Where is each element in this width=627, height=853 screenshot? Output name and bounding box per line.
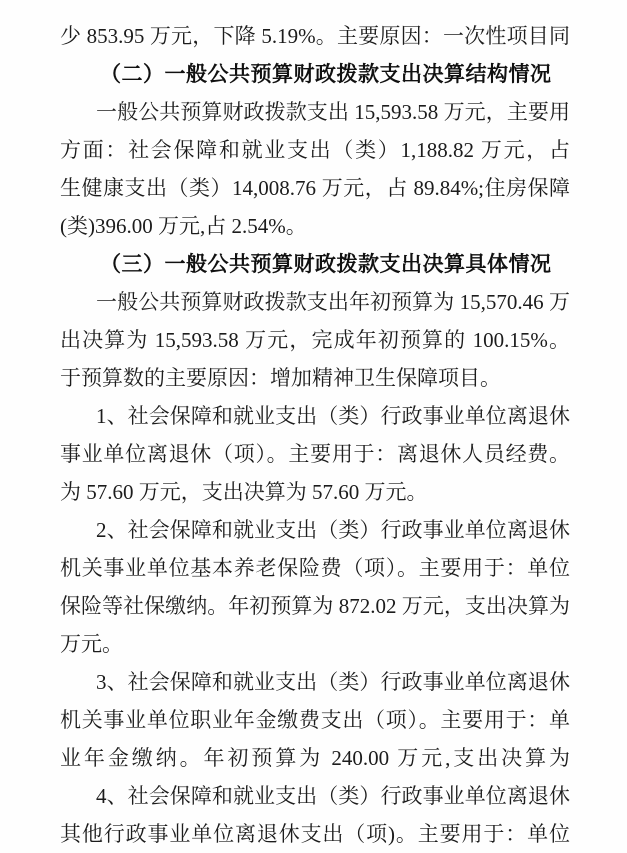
- text-line: 机关事业单位职业年金缴费支出（项）。主要用于：单位职工职: [60, 701, 570, 739]
- paragraph: 1、社会保障和就业支出（类）行政事业单位离退休（款）事业单位离退休（项）。主要用…: [60, 397, 570, 511]
- text-line: 少 853.95 万元，下降 5.19%。主要原因：一次性项目同比减少。: [60, 17, 570, 55]
- text-line: 一般公共预算财政拨款支出 15,593.58 万元，主要用于以下: [60, 93, 570, 131]
- paragraph: 少 853.95 万元，下降 5.19%。主要原因：一次性项目同比减少。: [60, 17, 570, 55]
- text-line: 方面：社会保障和就业支出（类）1,188.82 万元，占 7.62%；卫: [60, 131, 570, 169]
- section: （二）一般公共预算财政拨款支出决算结构情况: [60, 55, 570, 93]
- text-line: (类)396.00 万元,占 2.54%。: [60, 207, 570, 245]
- text-line: 生健康支出（类）14,008.76 万元，占 89.84%;住房保障支出: [60, 169, 570, 207]
- paragraph: 一般公共预算财政拨款支出 15,593.58 万元，主要用于以下方面：社会保障和…: [60, 93, 570, 245]
- section: （三）一般公共预算财政拨款支出决算具体情况: [60, 245, 570, 283]
- text-line: 出决算为 15,593.58 万元，完成年初预算的 100.15%。决算数大: [60, 321, 570, 359]
- text-line: 其他行政事业单位离退休支出（项)。主要用于：单位离退休人: [60, 815, 570, 853]
- text-line: 万元。: [60, 625, 570, 663]
- section-heading: （二）一般公共预算财政拨款支出决算结构情况: [60, 55, 570, 93]
- paragraph: 3、社会保障和就业支出（类）行政事业单位离退休（款）机关事业单位职业年金缴费支出…: [60, 663, 570, 777]
- text-line: 一般公共预算财政拨款支出年初预算为 15,570.46 万元，支: [60, 283, 570, 321]
- text-line: 保险等社保缴纳。年初预算为 872.02 万元，支出决算为 872.02: [60, 587, 570, 625]
- text-line: 1、社会保障和就业支出（类）行政事业单位离退休（款）: [60, 397, 570, 435]
- text-line: 机关事业单位基本养老保险费（项）。主要用于：单位基本养老: [60, 549, 570, 587]
- section-heading: （三）一般公共预算财政拨款支出决算具体情况: [60, 245, 570, 283]
- text-line: 于预算数的主要原因：增加精神卫生保障项目。: [60, 359, 570, 397]
- text-line: 2、社会保障和就业支出（类）行政事业单位离退休（款）: [60, 511, 570, 549]
- document-text: 少 853.95 万元，下降 5.19%。主要原因：一次性项目同比减少。（二）一…: [60, 17, 570, 853]
- paragraph: 2、社会保障和就业支出（类）行政事业单位离退休（款）机关事业单位基本养老保险费（…: [60, 511, 570, 663]
- paragraph: 一般公共预算财政拨款支出年初预算为 15,570.46 万元，支出决算为 15,…: [60, 283, 570, 397]
- text-line: 4、社会保障和就业支出（类）行政事业单位离退休（款）: [60, 777, 570, 815]
- document-page: 少 853.95 万元，下降 5.19%。主要原因：一次性项目同比减少。（二）一…: [0, 0, 627, 853]
- paragraph: 4、社会保障和就业支出（类）行政事业单位离退休（款）其他行政事业单位离退休支出（…: [60, 777, 570, 853]
- text-line: 为 57.60 万元，支出决算为 57.60 万元。: [60, 473, 570, 511]
- text-line: 业年金缴纳。年初预算为 240.00 万元,支出决算为 240.00 万元。: [60, 739, 570, 777]
- text-line: 3、社会保障和就业支出（类）行政事业单位离退休（款）: [60, 663, 570, 701]
- text-line: 事业单位离退休（项）。主要用于：离退休人员经费。年初预算: [60, 435, 570, 473]
